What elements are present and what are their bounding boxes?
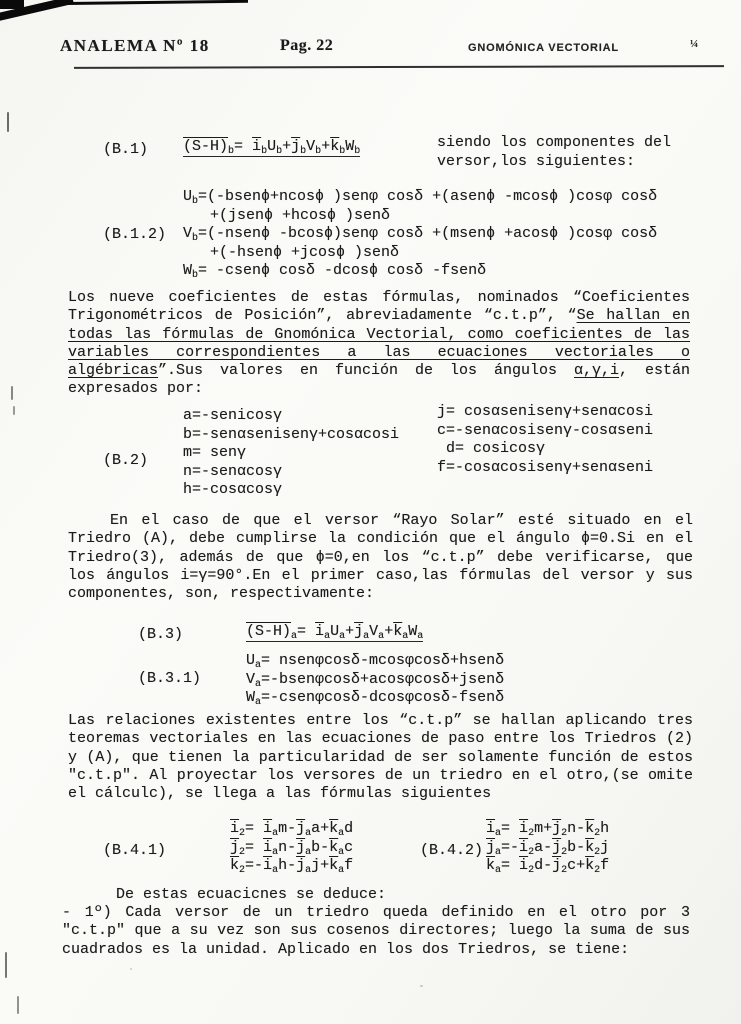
scan-artifact-top-line xyxy=(46,0,248,5)
formula-line: +(-hsenϕ +jcosϕ )senδ xyxy=(183,244,657,263)
paragraph-coefficients: Los nueve coeficientes de estas fórmulas… xyxy=(68,289,690,399)
formula: (S-H)b= ibUb+jbVb+kbWb xyxy=(183,138,360,157)
scan-artifact-edge-dash xyxy=(11,386,13,400)
scan-artifact-edge-dash xyxy=(7,112,9,132)
deduction-intro: De estas ecuacicnes se deduce: xyxy=(116,886,386,905)
coefficient-line: c=-senαcosisenγ-cosαseni xyxy=(437,422,653,441)
equation-b12-label: (B.1.2) xyxy=(103,226,166,245)
equation-b41-lines: i2= iam-jaa+kad j2= ian-jab-kac k2=-iah-… xyxy=(230,820,353,876)
coefficient-line: d= cosicosγ xyxy=(437,440,653,459)
header-rule xyxy=(74,65,724,69)
equation-b1-note: siendo los componentes del versor,los si… xyxy=(437,134,671,171)
equation-b1-formula: (S-H)b= ibUb+jbVb+kbWb xyxy=(183,138,360,157)
note-line: versor,los siguientes: xyxy=(437,153,671,172)
scan-artifact-edge-dash xyxy=(5,952,7,978)
journal-title: ANALEMA Nº 18 xyxy=(60,36,210,56)
coefficient-line: m= senγ xyxy=(183,444,399,463)
scan-artifact-edge-dash xyxy=(17,996,19,1014)
formula-line: Wa=-csenφcosδ-dcosφcosδ-fsenδ xyxy=(246,689,504,708)
scan-artifact-corner-blob xyxy=(0,0,24,9)
scan-artifact-speck xyxy=(130,968,132,970)
equation-b31-lines: Ua= nsenφcosδ-mcosφcosδ+hsenδ Va=-bsenφc… xyxy=(246,652,504,708)
formula-line: ia= i2m+j2n-k2h xyxy=(486,820,609,839)
equation-b2-label: (B.2) xyxy=(103,452,148,471)
formula-line: ja=-i2a-j2b-k2j xyxy=(486,839,609,858)
formula-line: Ub=(-bsenϕ+ncosϕ )senφ cosδ +(asenϕ -mco… xyxy=(183,188,657,207)
equation-b1-label: (B.1) xyxy=(103,141,148,160)
equation-b31-label: (B.3.1) xyxy=(138,670,201,689)
coefficient-line: a=-senicosγ xyxy=(183,407,399,426)
document-title: GNOMÓNICA VECTORIAL xyxy=(468,42,619,54)
b2-right-column: j= cosαsenisenγ+senαcosi c=-senαcosisenγ… xyxy=(437,403,653,477)
note-line: siendo los componentes del xyxy=(437,134,671,153)
deduction-item: - 1º) Cada versor de un triedro queda de… xyxy=(62,904,690,959)
formula-line: k2=-iah-jaj+kaf xyxy=(230,857,353,876)
equation-b41-label: (B.4.1) xyxy=(103,842,166,861)
formula-line: Wb= -csenϕ cosδ -dcosϕ cosδ -fsenδ xyxy=(183,262,657,281)
equation-b42-label: (B.4.2) xyxy=(420,842,483,861)
equation-b3-formula: (S-H)a= iaUa+jaVa+kaWa xyxy=(246,623,423,642)
coefficient-line: f=-cosαcosisenγ+senαseni xyxy=(437,459,653,478)
equation-b42-lines: ia= i2m+j2n-k2h ja=-i2a-j2b-k2j ka= i2d-… xyxy=(486,820,609,876)
coefficient-line: b=-senαsenisenγ+cosαcosi xyxy=(183,426,399,445)
formula-line: i2= iam-jaa+kad xyxy=(230,820,353,839)
formula-line: Vb=(-nsenϕ -bcosϕ)senφ cosδ +(msenϕ +aco… xyxy=(183,225,657,244)
scan-artifact-speck xyxy=(420,985,423,987)
equation-b3-label: (B.3) xyxy=(138,626,183,645)
paragraph-rayo-solar: En el caso de que el versor “Rayo Solar”… xyxy=(68,512,693,603)
formula-line: +(jsenϕ +hcosϕ )senδ xyxy=(183,207,657,226)
corner-mark: ¼ xyxy=(690,38,698,50)
coefficient-line: h=-cosαcosγ xyxy=(183,481,399,500)
coefficient-line: j= cosαsenisenγ+senαcosi xyxy=(437,403,653,422)
paragraph-relaciones: Las relaciones existentes entre los “c.t… xyxy=(68,712,693,803)
scanned-document-page: ANALEMA Nº 18 Pag. 22 GNOMÓNICA VECTORIA… xyxy=(0,0,741,1024)
formula: (S-H)a= iaUa+jaVa+kaWa xyxy=(246,623,423,642)
formula-line: ka= i2d-j2c+k2f xyxy=(486,857,609,876)
formula-line: Va=-bsenφcosδ+acosφcosδ+jsenδ xyxy=(246,671,504,690)
page-number: Pag. 22 xyxy=(280,37,333,55)
formula-line: Ua= nsenφcosδ-mcosφcosδ+hsenδ xyxy=(246,652,504,671)
equation-b12-lines: Ub=(-bsenϕ+ncosϕ )senφ cosδ +(asenϕ -mco… xyxy=(183,188,657,281)
b2-left-column: a=-senicosγ b=-senαsenisenγ+cosαcosi m= … xyxy=(183,407,399,500)
coefficient-line: n=-senαcosγ xyxy=(183,463,399,482)
scan-artifact-edge-dash xyxy=(13,406,15,415)
formula-line: j2= ian-jab-kac xyxy=(230,839,353,858)
